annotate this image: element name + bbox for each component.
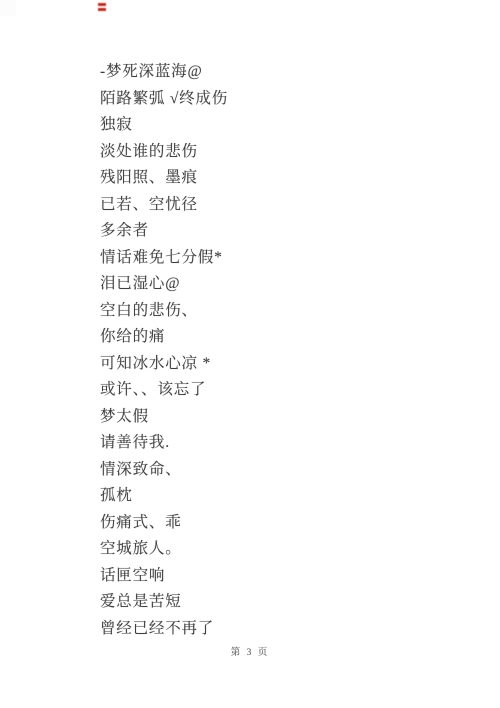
text-line: 你给的痛 (100, 324, 480, 351)
text-line: 已若、空忧径 (100, 192, 480, 219)
text-line: 梦太假 (100, 404, 480, 431)
text-line: 陌路繁弧 √终成伤 (100, 86, 480, 113)
text-line: 空白的悲伤、 (100, 298, 480, 325)
text-line: 可知冰水心凉 * (100, 351, 480, 378)
text-line: 独寂 (100, 112, 480, 139)
document-page: 〓 -梦死深蓝海@陌路繁弧 √终成伤独寂淡处谁的悲伤残阳照、墨痕已若、空忧径多余… (0, 0, 500, 708)
page-number: 第 3 页 (231, 648, 270, 658)
text-line: 请善待我. (100, 430, 480, 457)
text-line: 或许、、该忘了 (100, 377, 480, 404)
text-lines: -梦死深蓝海@陌路繁弧 √终成伤独寂淡处谁的悲伤残阳照、墨痕已若、空忧径多余者情… (100, 59, 480, 642)
text-line: 空城旅人。 (100, 536, 480, 563)
text-line: 淡处谁的悲伤 (100, 139, 480, 166)
text-line: 多余者 (100, 218, 480, 245)
text-line: -梦死深蓝海@ (100, 59, 480, 86)
text-line: 孤枕 (100, 483, 480, 510)
red-watermark-icon: 〓 (97, 3, 107, 15)
text-line: 泪已湿心@ (100, 271, 480, 298)
text-line: 情话难免七分假* (100, 245, 480, 272)
text-line: 曾经已经不再了 (100, 616, 480, 643)
page-footer: 第 3 页 (0, 642, 500, 660)
text-line: 伤痛式、乖 (100, 510, 480, 537)
text-line: 残阳照、墨痕 (100, 165, 480, 192)
text-line: 话匣空响 (100, 563, 480, 590)
scan-corner-shade (0, 0, 16, 16)
text-line: 爱总是苦短 (100, 589, 480, 616)
text-line: 情深致命、 (100, 457, 480, 484)
